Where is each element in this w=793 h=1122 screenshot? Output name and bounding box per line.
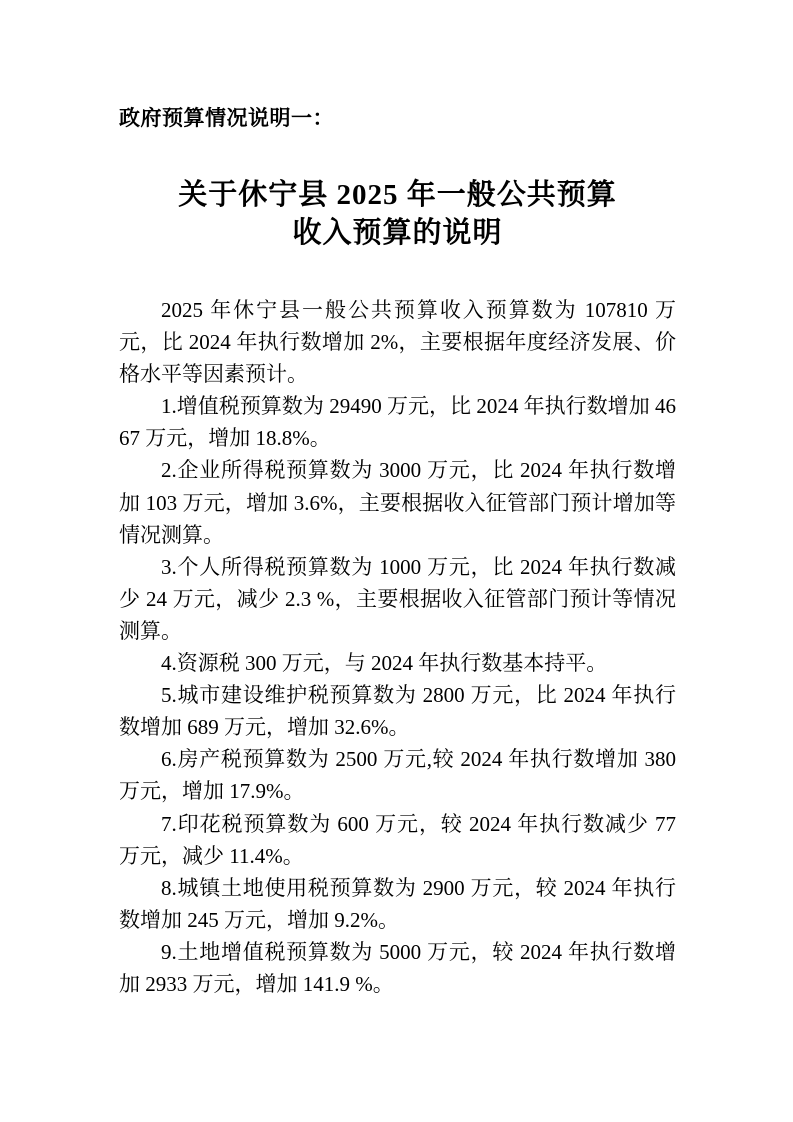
document-content: 政府预算情况说明一： 关于休宁县 2025 年一般公共预算 收入预算的说明 20… bbox=[0, 0, 793, 1000]
doc-type-label: 政府预算情况说明一： bbox=[119, 106, 676, 132]
paragraph-item-3: 3.个人所得税预算数为 1000 万元，比 2024 年执行数减少 24 万元，… bbox=[119, 551, 676, 647]
paragraph-intro: 2025 年休宁县一般公共预算收入预算数为 107810 万元，比 2024 年… bbox=[119, 294, 676, 390]
document-title-line-2: 收入预算的说明 bbox=[119, 214, 676, 252]
paragraph-item-9: 9.土地增值税预算数为 5000 万元，较 2024 年执行数增加 2933 万… bbox=[119, 936, 676, 1000]
paragraph-item-4: 4.资源税 300 万元，与 2024 年执行数基本持平。 bbox=[119, 647, 676, 679]
paragraph-item-2: 2.企业所得税预算数为 3000 万元，比 2024 年执行数增加 103 万元… bbox=[119, 454, 676, 550]
document-title: 关于休宁县 2025 年一般公共预算 收入预算的说明 bbox=[119, 176, 676, 252]
paragraph-item-6: 6.房产税预算数为 2500 万元,较 2024 年执行数增加 380 万元，增… bbox=[119, 743, 676, 807]
document-page: 政府预算情况说明一： 关于休宁县 2025 年一般公共预算 收入预算的说明 20… bbox=[0, 0, 793, 1122]
document-body: 2025 年休宁县一般公共预算收入预算数为 107810 万元，比 2024 年… bbox=[119, 294, 676, 1000]
paragraph-item-7: 7.印花税预算数为 600 万元，较 2024 年执行数减少 77 万元，减少 … bbox=[119, 808, 676, 872]
paragraph-item-5: 5.城市建设维护税预算数为 2800 万元，比 2024 年执行数增加 689 … bbox=[119, 679, 676, 743]
document-title-line-1: 关于休宁县 2025 年一般公共预算 bbox=[119, 176, 676, 214]
paragraph-item-1: 1.增值税预算数为 29490 万元，比 2024 年执行数增加 4667 万元… bbox=[119, 390, 676, 454]
paragraph-item-8: 8.城镇土地使用税预算数为 2900 万元，较 2024 年执行数增加 245 … bbox=[119, 872, 676, 936]
